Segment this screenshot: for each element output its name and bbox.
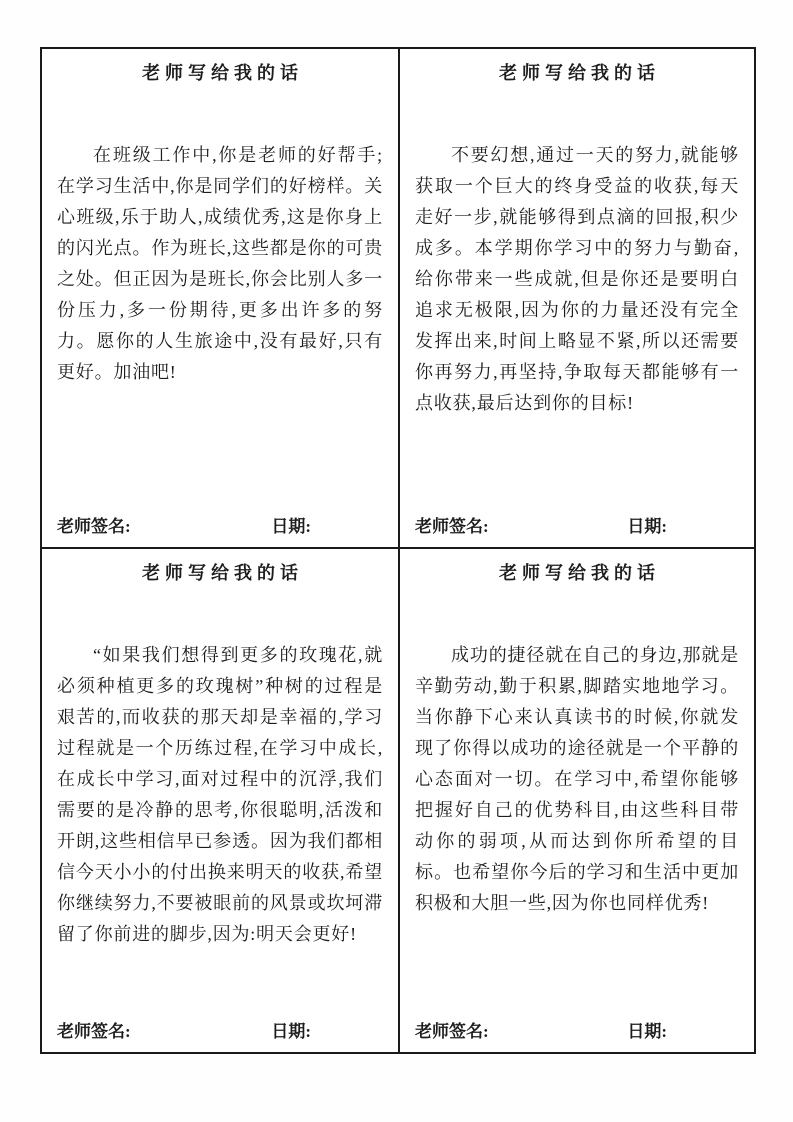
card-title: 老师写给我的话 <box>415 560 739 586</box>
card-title: 老师写给我的话 <box>415 60 739 86</box>
card-body-text: 不要幻想,通过一天的努力,就能够获取一个巨大的终身受益的收获,每天走好一步,就能… <box>415 140 739 419</box>
document-page: 老师写给我的话 在班级工作中,你是老师的好帮手;在学习生活中,你是同学们的好榜样… <box>0 0 793 1122</box>
date-label: 日期: <box>627 515 667 539</box>
card-body-text: 成功的捷径就在自己的身边,那就是辛勤劳动,勤于积累,脚踏实地地学习。当你静下心来… <box>415 640 739 919</box>
card-footer: 老师签名: 日期: <box>57 515 383 541</box>
teacher-comment-card-bottom-right: 老师写给我的话 成功的捷径就在自己的身边,那就是辛勤劳动,勤于积累,脚踏实地地学… <box>399 548 755 1053</box>
date-label: 日期: <box>271 515 311 539</box>
card-title: 老师写给我的话 <box>57 560 383 586</box>
teacher-signature-label: 老师签名: <box>57 1020 131 1044</box>
teacher-signature-label: 老师签名: <box>415 515 489 539</box>
teacher-comment-card-bottom-left: 老师写给我的话 “如果我们想得到更多的玫瑰花,就必须种植更多的玫瑰树”种树的过程… <box>41 548 399 1053</box>
teacher-comment-card-top-right: 老师写给我的话 不要幻想,通过一天的努力,就能够获取一个巨大的终身受益的收获,每… <box>399 48 755 548</box>
comment-cards-table: 老师写给我的话 在班级工作中,你是老师的好帮手;在学习生活中,你是同学们的好榜样… <box>40 47 756 1054</box>
date-label: 日期: <box>627 1020 667 1044</box>
card-body-text: “如果我们想得到更多的玫瑰花,就必须种植更多的玫瑰树”种树的过程是艰苦的,而收获… <box>57 640 383 950</box>
card-footer: 老师签名: 日期: <box>415 1020 739 1046</box>
teacher-signature-label: 老师签名: <box>415 1020 489 1044</box>
card-footer: 老师签名: 日期: <box>57 1020 383 1046</box>
card-body-text: 在班级工作中,你是老师的好帮手;在学习生活中,你是同学们的好榜样。关心班级,乐于… <box>57 140 383 388</box>
teacher-comment-card-top-left: 老师写给我的话 在班级工作中,你是老师的好帮手;在学习生活中,你是同学们的好榜样… <box>41 48 399 548</box>
card-title: 老师写给我的话 <box>57 60 383 86</box>
card-footer: 老师签名: 日期: <box>415 515 739 541</box>
teacher-signature-label: 老师签名: <box>57 515 131 539</box>
date-label: 日期: <box>271 1020 311 1044</box>
